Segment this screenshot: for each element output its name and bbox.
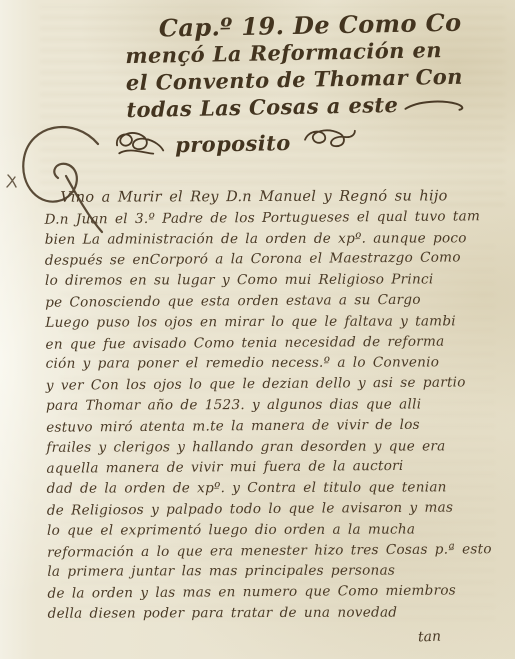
body-line: de Religiosos y palpado todo lo que le a…: [47, 497, 485, 521]
flourish-right-icon: [300, 123, 357, 160]
body-line: pe Conosciendo que esta orden estava a s…: [45, 289, 483, 313]
body-line: dad de la orden de xpº. y Contra el titu…: [47, 477, 485, 499]
body-line: la primera juntar las mas principales pe…: [47, 561, 485, 583]
body-line: lo diremos en su lugar y Como mui Religi…: [45, 269, 483, 291]
body-line: en que fue avisado Como tenia necesidad …: [45, 331, 483, 355]
body-line: estuvo miró atenta m.te la manera de viv…: [46, 414, 484, 438]
body-line: Luego puso los ojos en mirar lo que le f…: [45, 311, 483, 333]
body-line: para Thomar año de 1523. y algunos dias …: [46, 394, 484, 416]
body-line: de la orden y las mas en numero que Como…: [47, 580, 485, 604]
margin-mark-icon: [5, 172, 19, 194]
body-line: y ver Con los ojos lo que le dezian dell…: [46, 372, 484, 396]
body-text: Vino a Murir el Rey D.n Manuel y Regnó s…: [44, 185, 485, 625]
body-line: D.n Juan el 3.º Padre de los Portugueses…: [44, 206, 482, 230]
body-line: lo que el exprimentó luego dio orden a l…: [47, 519, 485, 541]
heading-line-text: todas Las Cosas a este: [126, 92, 398, 122]
body-line: después se enCorporó a la Corona el Maes…: [45, 248, 483, 272]
body-line: bien La administración de la orden de xp…: [45, 228, 483, 250]
heading-line: proposito: [113, 121, 458, 164]
heading-line-text: proposito: [175, 129, 291, 158]
body-line: ción y para poner el remedio necess.º a …: [46, 353, 484, 375]
body-line: aquella manera de vivir mui fuera de la …: [46, 456, 484, 480]
body-line: reformación a lo que era menester hizo t…: [47, 539, 485, 563]
heading-line: todas Las Cosas a este: [126, 90, 456, 125]
manuscript-scan: Cap.º 19. De Como Co mençó La Reformació…: [0, 0, 515, 659]
catchword: tan: [418, 629, 442, 646]
tail-swash-icon: [404, 92, 467, 120]
body-line: Vino a Murir el Rey D.n Manuel y Regnó s…: [44, 186, 482, 208]
manuscript-page: Cap.º 19. De Como Co mençó La Reformació…: [0, 0, 515, 659]
body-line: della diesen poder para tratar de una no…: [48, 602, 486, 624]
flourish-left-icon: [113, 126, 166, 163]
chapter-heading: Cap.º 19. De Como Co mençó La Reformació…: [125, 9, 458, 163]
body-line: frailes y clerigos y hallando gran desor…: [46, 436, 484, 458]
